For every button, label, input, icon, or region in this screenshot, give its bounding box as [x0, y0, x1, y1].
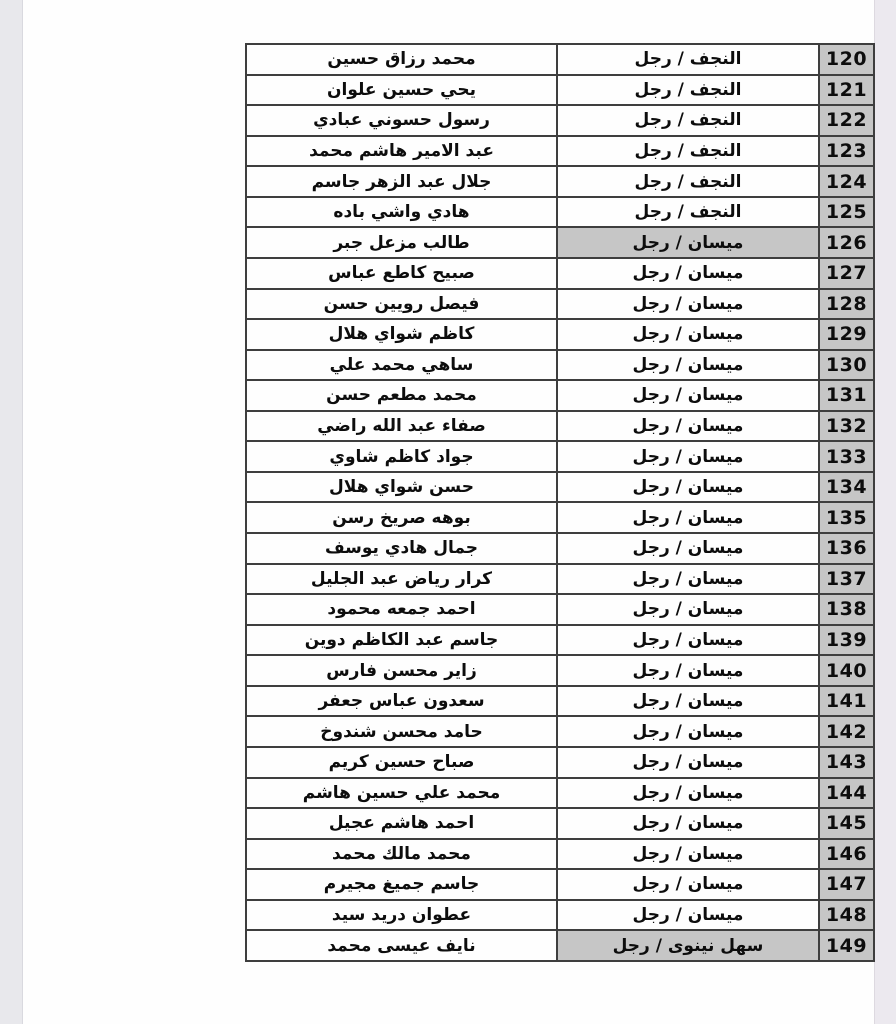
province-gender-cell: ميسان / رجل	[557, 594, 819, 625]
row-number-cell: 139	[819, 625, 874, 656]
province-gender-cell: ميسان / رجل	[557, 227, 819, 258]
row-number-cell: 143	[819, 747, 874, 778]
person-name-cell: رسول حسوني عبادي	[246, 105, 557, 136]
table-row: 144ميسان / رجلمحمد علي حسين هاشم	[246, 778, 874, 809]
row-number-cell: 120	[819, 44, 874, 75]
person-name-cell: احمد هاشم عجيل	[246, 808, 557, 839]
province-gender-cell: ميسان / رجل	[557, 319, 819, 350]
person-name-cell: محمد علي حسين هاشم	[246, 778, 557, 809]
table-row: 136ميسان / رجلجمال هادي يوسف	[246, 533, 874, 564]
page-left-edge	[0, 0, 23, 1024]
person-name-cell: صفاء عبد الله راضي	[246, 411, 557, 442]
table-row: 130ميسان / رجلساهي محمد علي	[246, 350, 874, 381]
row-number-cell: 127	[819, 258, 874, 289]
province-gender-cell: ميسان / رجل	[557, 564, 819, 595]
row-number-cell: 126	[819, 227, 874, 258]
province-gender-cell: النجف / رجل	[557, 44, 819, 75]
table-row: 126ميسان / رجلطالب مزعل جبر	[246, 227, 874, 258]
person-name-cell: بوهه صريخ رسن	[246, 502, 557, 533]
province-gender-cell: ميسان / رجل	[557, 747, 819, 778]
row-number-cell: 122	[819, 105, 874, 136]
row-number-cell: 133	[819, 441, 874, 472]
row-number-cell: 136	[819, 533, 874, 564]
row-number-cell: 144	[819, 778, 874, 809]
row-number-cell: 148	[819, 900, 874, 931]
person-name-cell: كاظم شواي هلال	[246, 319, 557, 350]
row-number-cell: 145	[819, 808, 874, 839]
table-row: 128ميسان / رجلفيصل رويين حسن	[246, 289, 874, 320]
person-name-cell: جاسم جميغ مجيرم	[246, 869, 557, 900]
table-row: 139ميسان / رجلجاسم عبد الكاظم دوين	[246, 625, 874, 656]
province-gender-cell: ميسان / رجل	[557, 258, 819, 289]
table-row: 145ميسان / رجلاحمد هاشم عجيل	[246, 808, 874, 839]
person-name-cell: فيصل رويين حسن	[246, 289, 557, 320]
person-name-cell: هادي واشي باده	[246, 197, 557, 228]
province-gender-cell: ميسان / رجل	[557, 502, 819, 533]
province-gender-cell: ميسان / رجل	[557, 716, 819, 747]
table-row: 125النجف / رجلهادي واشي باده	[246, 197, 874, 228]
table-row: 121النجف / رجليحي حسين علوان	[246, 75, 874, 106]
row-number-cell: 138	[819, 594, 874, 625]
province-gender-cell: ميسان / رجل	[557, 380, 819, 411]
table-row: 134ميسان / رجلحسن شواي هلال	[246, 472, 874, 503]
province-gender-cell: ميسان / رجل	[557, 686, 819, 717]
person-name-cell: جلال عبد الزهر جاسم	[246, 166, 557, 197]
table-row: 149سهل نينوى / رجلنايف عيسى محمد	[246, 930, 874, 961]
province-gender-cell: النجف / رجل	[557, 197, 819, 228]
table-row: 131ميسان / رجلمحمد مطعم حسن	[246, 380, 874, 411]
person-name-cell: جمال هادي يوسف	[246, 533, 557, 564]
row-number-cell: 124	[819, 166, 874, 197]
person-name-cell: جواد كاظم شاوي	[246, 441, 557, 472]
province-gender-cell: ميسان / رجل	[557, 441, 819, 472]
row-number-cell: 129	[819, 319, 874, 350]
table-row: 124النجف / رجلجلال عبد الزهر جاسم	[246, 166, 874, 197]
person-name-cell: جاسم عبد الكاظم دوين	[246, 625, 557, 656]
province-gender-cell: ميسان / رجل	[557, 808, 819, 839]
row-number-cell: 149	[819, 930, 874, 961]
table-row: 132ميسان / رجلصفاء عبد الله راضي	[246, 411, 874, 442]
person-name-cell: نايف عيسى محمد	[246, 930, 557, 961]
row-number-cell: 140	[819, 655, 874, 686]
row-number-cell: 147	[819, 869, 874, 900]
province-gender-cell: ميسان / رجل	[557, 289, 819, 320]
province-gender-cell: ميسان / رجل	[557, 869, 819, 900]
person-name-cell: يحي حسين علوان	[246, 75, 557, 106]
province-gender-cell: ميسان / رجل	[557, 900, 819, 931]
table-row: 127ميسان / رجلصبيح كاطع عباس	[246, 258, 874, 289]
person-name-cell: سعدون عباس جعفر	[246, 686, 557, 717]
person-name-cell: حامد محسن شندوخ	[246, 716, 557, 747]
province-gender-cell: النجف / رجل	[557, 75, 819, 106]
table-row: 143ميسان / رجلصباح حسين كريم	[246, 747, 874, 778]
table-row: 120النجف / رجلمحمد رزاق حسين	[246, 44, 874, 75]
table-row: 122النجف / رجلرسول حسوني عبادي	[246, 105, 874, 136]
row-number-cell: 125	[819, 197, 874, 228]
roster-table: 120النجف / رجلمحمد رزاق حسين121النجف / ر…	[245, 43, 875, 962]
person-name-cell: ساهي محمد علي	[246, 350, 557, 381]
row-number-cell: 142	[819, 716, 874, 747]
row-number-cell: 132	[819, 411, 874, 442]
table-row: 137ميسان / رجلكرار رياض عبد الجليل	[246, 564, 874, 595]
row-number-cell: 146	[819, 839, 874, 870]
table-row: 142ميسان / رجلحامد محسن شندوخ	[246, 716, 874, 747]
person-name-cell: صبيح كاطع عباس	[246, 258, 557, 289]
province-gender-cell: ميسان / رجل	[557, 625, 819, 656]
row-number-cell: 137	[819, 564, 874, 595]
province-gender-cell: النجف / رجل	[557, 136, 819, 167]
table-row: 138ميسان / رجلاحمد جمعه محمود	[246, 594, 874, 625]
province-gender-cell: النجف / رجل	[557, 166, 819, 197]
province-gender-cell: ميسان / رجل	[557, 778, 819, 809]
table-row: 146ميسان / رجلمحمد مالك محمد	[246, 839, 874, 870]
person-name-cell: محمد رزاق حسين	[246, 44, 557, 75]
person-name-cell: عبد الامير هاشم محمد	[246, 136, 557, 167]
province-gender-cell: سهل نينوى / رجل	[557, 930, 819, 961]
province-gender-cell: ميسان / رجل	[557, 533, 819, 564]
person-name-cell: حسن شواي هلال	[246, 472, 557, 503]
person-name-cell: صباح حسين كريم	[246, 747, 557, 778]
person-name-cell: محمد مطعم حسن	[246, 380, 557, 411]
row-number-cell: 134	[819, 472, 874, 503]
table-row: 133ميسان / رجلجواد كاظم شاوي	[246, 441, 874, 472]
province-gender-cell: ميسان / رجل	[557, 411, 819, 442]
province-gender-cell: ميسان / رجل	[557, 472, 819, 503]
table-row: 148ميسان / رجلعطوان دريد سيد	[246, 900, 874, 931]
row-number-cell: 121	[819, 75, 874, 106]
row-number-cell: 141	[819, 686, 874, 717]
row-number-cell: 123	[819, 136, 874, 167]
person-name-cell: زاير محسن فارس	[246, 655, 557, 686]
row-number-cell: 130	[819, 350, 874, 381]
row-number-cell: 135	[819, 502, 874, 533]
person-name-cell: محمد مالك محمد	[246, 839, 557, 870]
table-row: 147ميسان / رجلجاسم جميغ مجيرم	[246, 869, 874, 900]
table-row: 140ميسان / رجلزاير محسن فارس	[246, 655, 874, 686]
person-name-cell: عطوان دريد سيد	[246, 900, 557, 931]
person-name-cell: طالب مزعل جبر	[246, 227, 557, 258]
province-gender-cell: ميسان / رجل	[557, 350, 819, 381]
province-gender-cell: النجف / رجل	[557, 105, 819, 136]
table-row: 135ميسان / رجلبوهه صريخ رسن	[246, 502, 874, 533]
document-page: 120النجف / رجلمحمد رزاق حسين121النجف / ر…	[0, 0, 896, 1024]
roster-table-body: 120النجف / رجلمحمد رزاق حسين121النجف / ر…	[246, 44, 874, 961]
province-gender-cell: ميسان / رجل	[557, 839, 819, 870]
province-gender-cell: ميسان / رجل	[557, 655, 819, 686]
table-row: 123النجف / رجلعبد الامير هاشم محمد	[246, 136, 874, 167]
person-name-cell: كرار رياض عبد الجليل	[246, 564, 557, 595]
row-number-cell: 131	[819, 380, 874, 411]
table-row: 141ميسان / رجلسعدون عباس جعفر	[246, 686, 874, 717]
row-number-cell: 128	[819, 289, 874, 320]
person-name-cell: احمد جمعه محمود	[246, 594, 557, 625]
table-row: 129ميسان / رجلكاظم شواي هلال	[246, 319, 874, 350]
page-right-edge	[874, 0, 896, 1024]
